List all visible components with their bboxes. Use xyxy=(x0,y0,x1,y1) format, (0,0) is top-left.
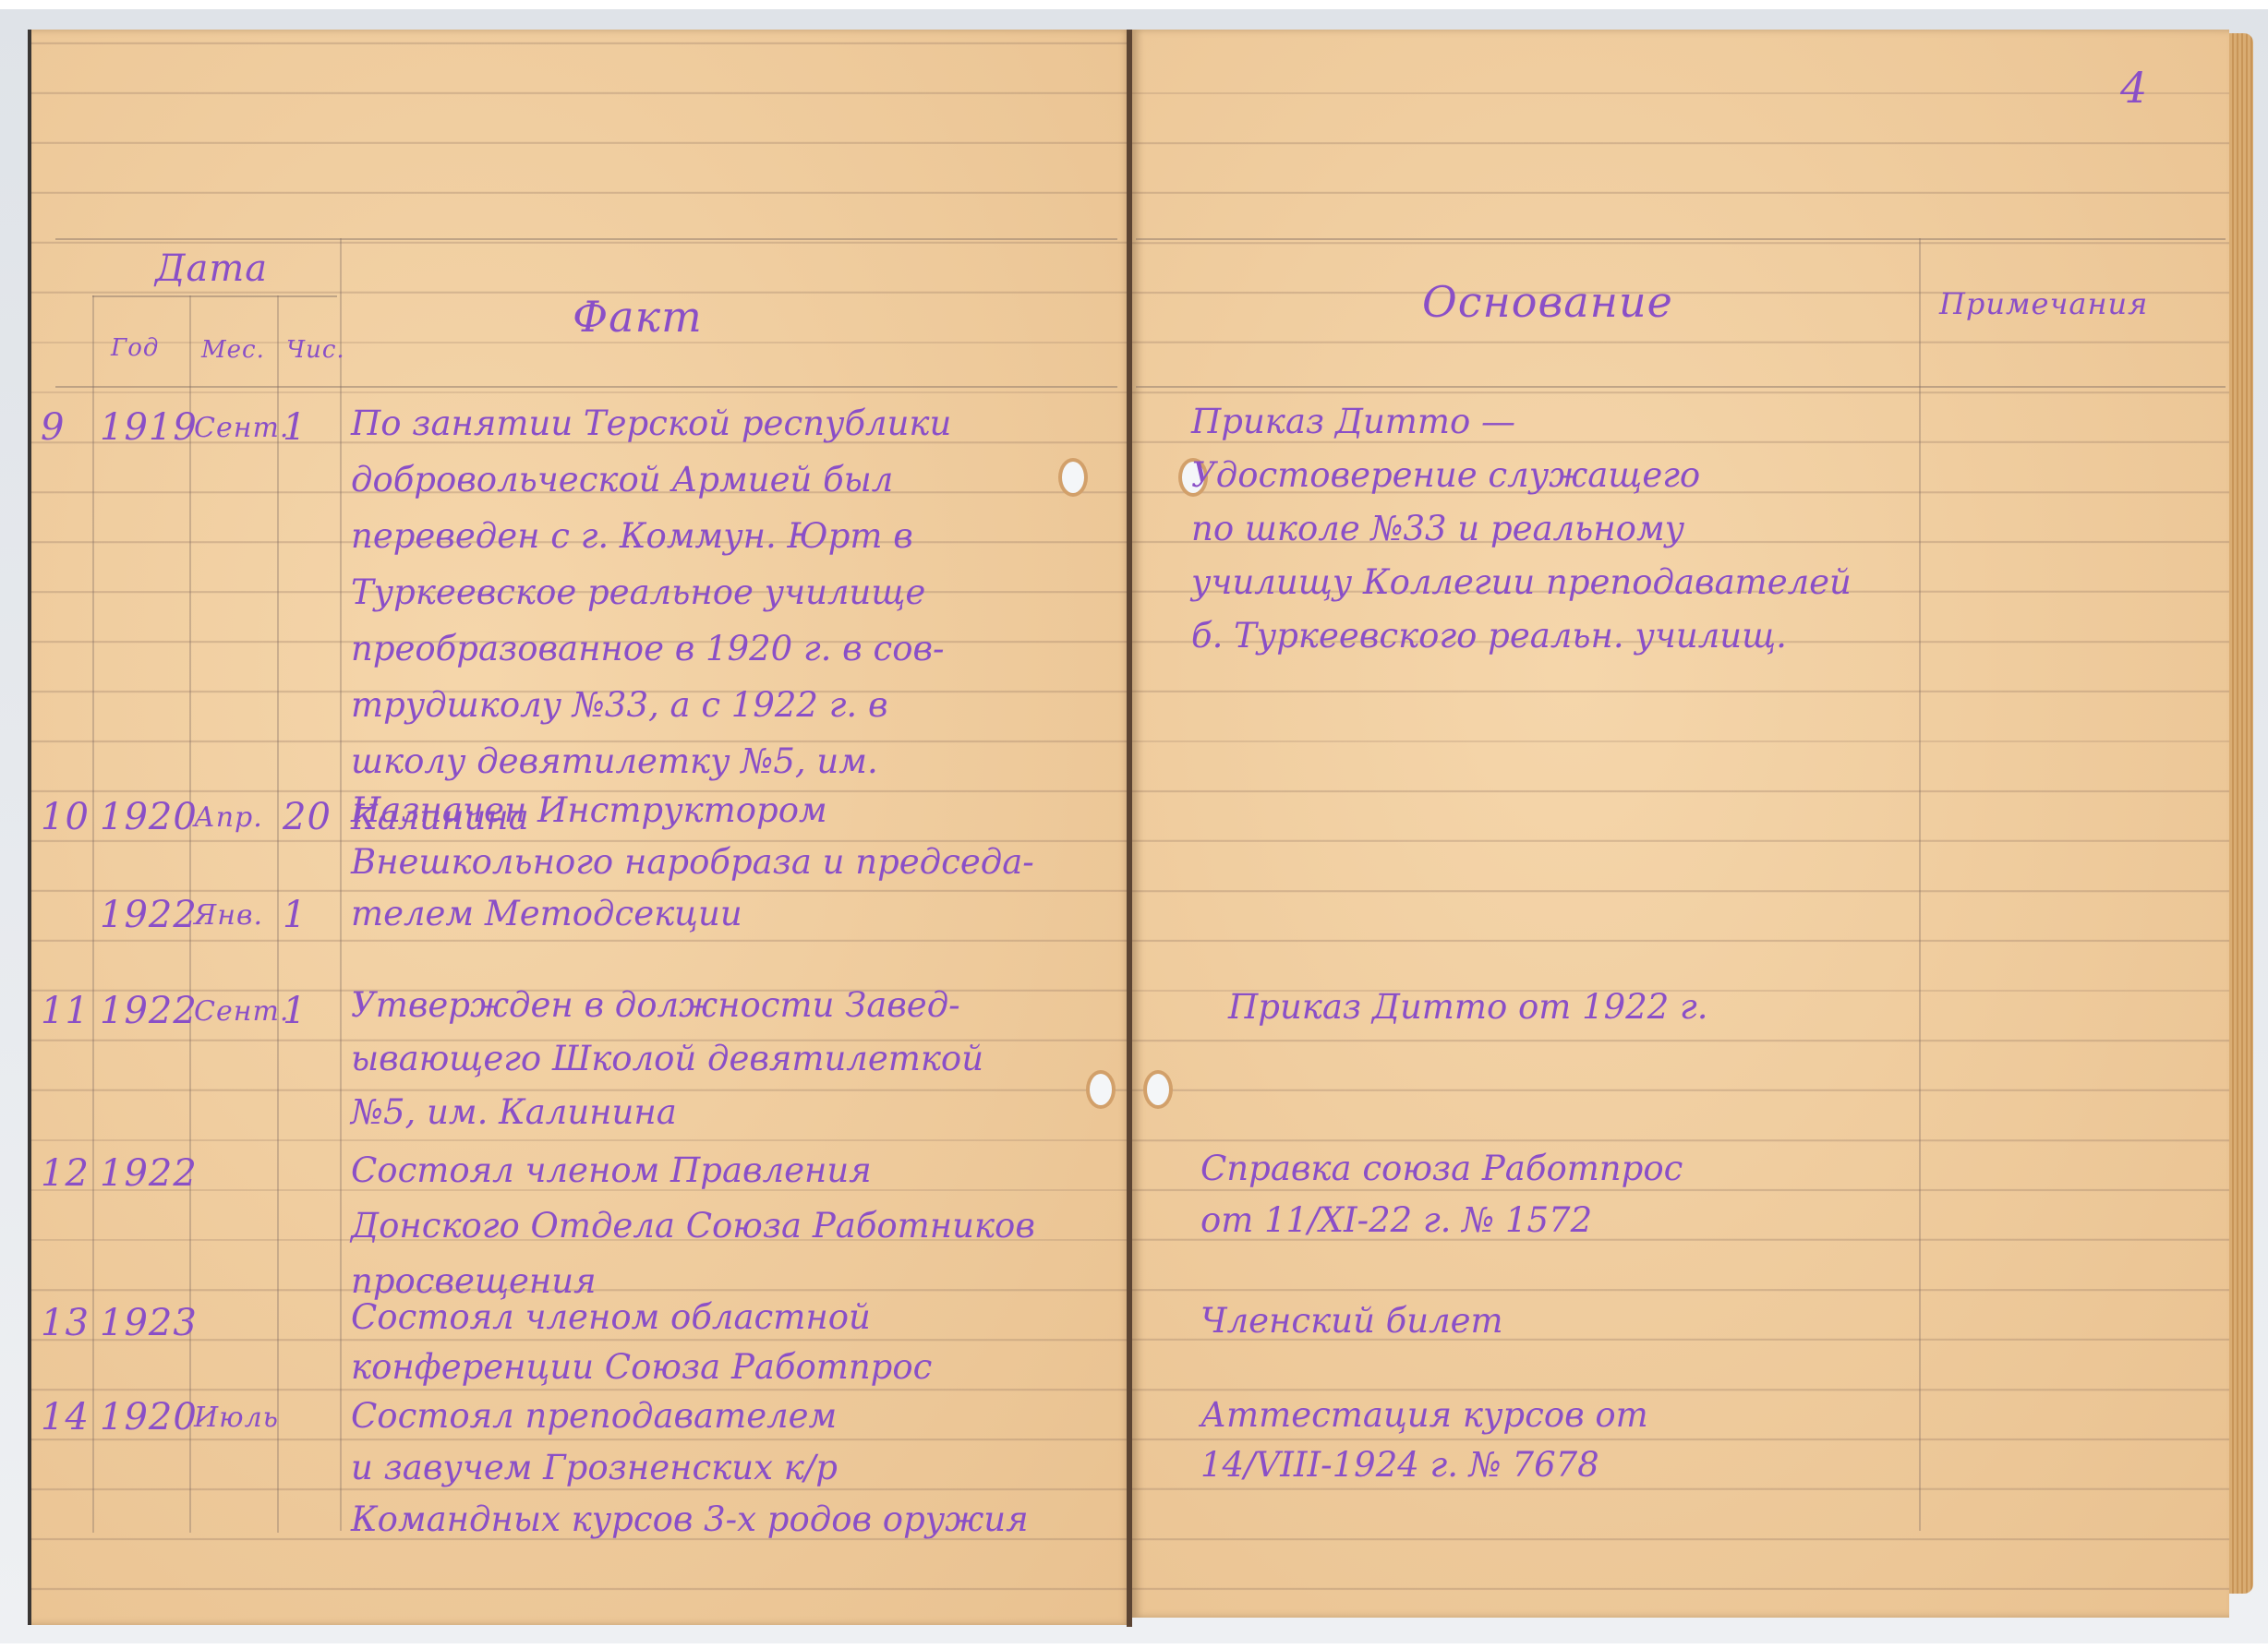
entry-month-2: Янв. xyxy=(194,899,263,932)
entry-year: 1919 xyxy=(100,406,198,449)
entry-number: 9 xyxy=(41,406,65,449)
entry-basis: Приказ Дитто — Удостоверение служащего п… xyxy=(1191,395,1852,663)
header-day: Чис. xyxy=(286,336,345,364)
binding-hole xyxy=(1062,462,1084,493)
entry-basis: Приказ Дитто от 1922 г. xyxy=(1228,979,1708,1035)
entry-basis: Членский билет xyxy=(1200,1293,1503,1349)
entry-basis: Аттестация курсов от 14/VIII-1924 г. № 7… xyxy=(1200,1390,1648,1490)
column-rule-year xyxy=(92,295,94,1533)
entry-basis: Справка союза Работпрос от 11/XI-22 г. №… xyxy=(1200,1143,1683,1246)
header-bottom-rule xyxy=(55,386,1117,388)
date-subheader-rule xyxy=(92,295,337,297)
header-basis: Основание xyxy=(1422,277,1673,327)
entry-day: 1 xyxy=(283,990,307,1032)
entry-day-2: 1 xyxy=(283,894,307,936)
entry-day: 20 xyxy=(283,796,332,838)
entry-year: 1922 xyxy=(100,990,198,1032)
entry-year: 1920 xyxy=(100,796,198,838)
entry-month: Сент. xyxy=(194,995,289,1028)
entry-fact: Утвержден в должности Завед- ывающего Шк… xyxy=(351,979,983,1139)
binding-hole xyxy=(1147,1074,1169,1105)
header-notes: Примечания xyxy=(1939,286,2148,321)
entry-number: 14 xyxy=(41,1396,90,1438)
entry-month: Июль xyxy=(194,1402,279,1434)
header-year: Год xyxy=(111,334,159,362)
entry-month: Апр. xyxy=(194,801,263,834)
header-top-rule xyxy=(55,238,1117,240)
column-rule-day xyxy=(277,295,279,1533)
entry-day: 1 xyxy=(283,406,307,449)
entry-fact: По занятии Терской республики добровольч… xyxy=(351,395,951,846)
binding-hole xyxy=(1090,1074,1112,1105)
entry-month: Сент. xyxy=(194,412,289,444)
entry-number: 11 xyxy=(41,990,90,1032)
right-page xyxy=(1132,30,2229,1618)
header-fact: Факт xyxy=(573,292,703,342)
entry-year-2: 1922 xyxy=(100,894,198,936)
header-month: Мес. xyxy=(201,336,265,364)
page-edges xyxy=(2229,33,2253,1594)
entry-number: 13 xyxy=(41,1302,90,1344)
entry-fact: Состоял членом Правления Донского Отдела… xyxy=(351,1143,1035,1309)
page-number: 4 xyxy=(2120,63,2148,113)
column-rule-notes xyxy=(1919,238,1921,1531)
header-top-rule-right xyxy=(1136,238,2226,240)
entry-number: 12 xyxy=(41,1152,90,1195)
entry-fact: Состоял преподавателем и завучем Грознен… xyxy=(351,1390,1029,1546)
header-date: Дата xyxy=(155,247,268,290)
entry-year: 1923 xyxy=(100,1302,198,1344)
entry-fact: Назначен Инструктором Внешкольного нароб… xyxy=(351,785,1034,940)
entry-number: 10 xyxy=(41,796,90,838)
entry-year: 1920 xyxy=(100,1396,198,1438)
spine-gutter xyxy=(1127,30,1132,1627)
header-bottom-rule-right xyxy=(1136,386,2226,388)
column-rule-fact xyxy=(340,238,342,1531)
entry-year: 1922 xyxy=(100,1152,198,1195)
entry-fact: Состоял членом областной конференции Сою… xyxy=(351,1293,932,1392)
